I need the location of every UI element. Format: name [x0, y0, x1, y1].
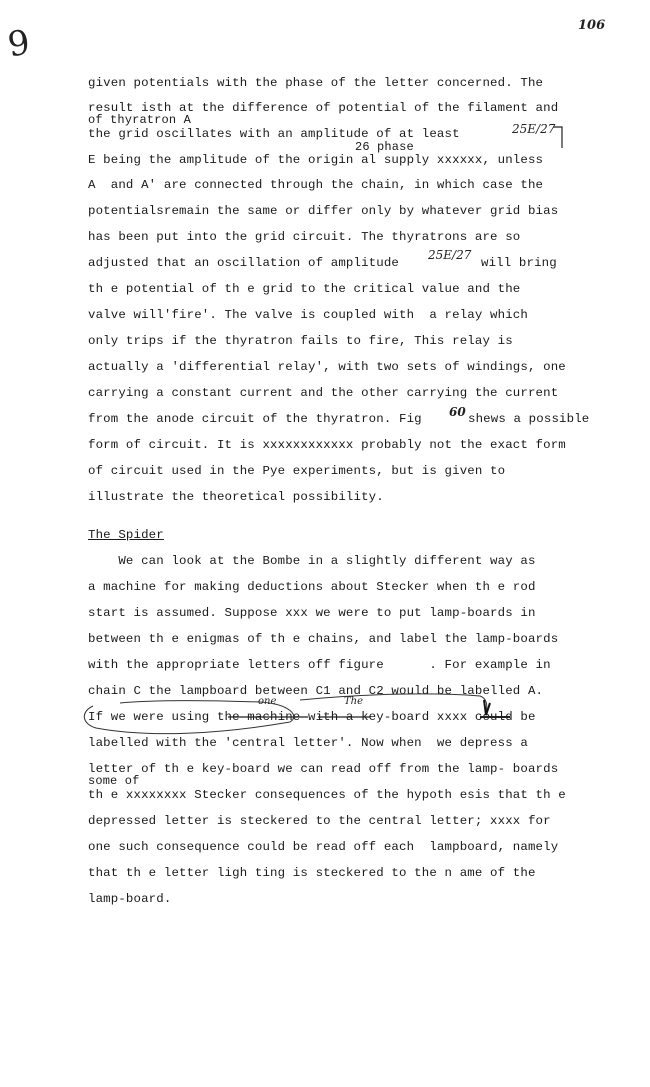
corner-mark: 9: [5, 23, 32, 66]
text-line: A and A' are connected through the chain…: [88, 178, 543, 192]
text-line: start is assumed. Suppose xxx we were to…: [88, 606, 536, 620]
text-line: labelled with the 'central letter'. Now …: [88, 736, 528, 750]
text-line: We can look at the Bombe in a slightly d…: [88, 554, 536, 568]
handwritten-insert: one: [258, 696, 276, 707]
text-line: letter of th e key-board we can read off…: [88, 762, 558, 776]
text-line: lamp-board.: [88, 892, 171, 906]
text-line: valve will'fire'. The valve is coupled w…: [88, 308, 528, 322]
text-line: some of: [88, 774, 139, 788]
text-line: adjusted that an oscillation of amplitud…: [88, 256, 399, 270]
text-line: chain C the lampboard between C1 and C2 …: [88, 684, 543, 698]
text-line: th e xxxxxxxx Stecker consequences of th…: [88, 788, 566, 802]
handwritten-amplitude: 25E/27: [512, 122, 555, 136]
text-line: the grid oscillates with an amplitude of…: [88, 127, 460, 141]
text-line: If we were using the machine with a key-…: [88, 710, 536, 724]
section-heading: The Spider: [88, 528, 164, 542]
text-line: illustrate the theoretical possibility.: [88, 490, 384, 504]
text-line: from the anode circuit of the thyratron.…: [88, 412, 422, 426]
text-line: one such consequence could be read off e…: [88, 840, 558, 854]
text-line: only trips if the thyratron fails to fir…: [88, 334, 513, 348]
text-line: potentialsremain the same or differ only…: [88, 204, 558, 218]
text-line: that th e letter ligh ting is steckered …: [88, 866, 536, 880]
text-line: actually a 'differential relay', with tw…: [88, 360, 566, 374]
text-line: between th e enigmas of th e chains, and…: [88, 632, 558, 646]
text-line: a machine for making deductions about St…: [88, 580, 536, 594]
text-line: given potentials with the phase of the l…: [88, 76, 543, 90]
handwritten-amplitude: 25E/27: [428, 248, 471, 262]
text-line: depressed letter is steckered to the cen…: [88, 814, 551, 828]
text-line: 26 phase: [355, 140, 414, 154]
text-line: has been put into the grid circuit. The …: [88, 230, 520, 244]
handwritten-figure-number: 60: [449, 405, 466, 419]
text-line: of thyratron A: [88, 113, 191, 127]
text-line: E being the amplitude of the origin al s…: [88, 153, 543, 167]
text-line: with the appropriate letters off figure …: [88, 658, 551, 672]
text-line: of circuit used in the Pye experiments, …: [88, 464, 505, 478]
text-line: will bring: [481, 256, 557, 270]
text-line: form of circuit. It is xxxxxxxxxxxx prob…: [88, 438, 566, 452]
text-line: shews a possible: [468, 412, 589, 426]
text-line: carrying a constant current and the othe…: [88, 386, 558, 400]
handwritten-insert: The: [344, 696, 363, 707]
page-number: 106: [578, 18, 605, 33]
text-line: th e potential of th e grid to the criti…: [88, 282, 520, 296]
